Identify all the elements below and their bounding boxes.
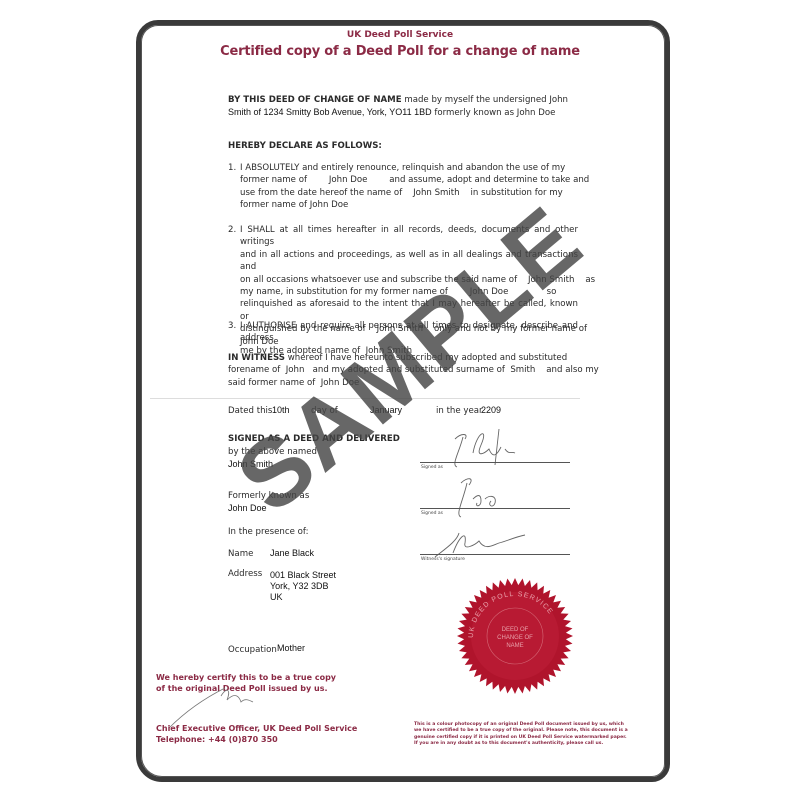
witness-paragraph: IN WITNESS whereof I have hereunto subsc… (228, 352, 578, 389)
address-line: 001 Black Street (270, 570, 336, 581)
former-name: John Doe (228, 503, 267, 513)
item-1-line: I ABSOLUTELY and entirely renounce, reli… (240, 162, 578, 174)
signature-label-1: Signed as (421, 465, 443, 470)
witness-name-label: Name (228, 548, 253, 560)
dated-day: 10th (272, 405, 290, 415)
disclaimer-line: If you are in any doubt as to this docum… (414, 741, 664, 747)
address-line: York, Y32 3DB (270, 581, 336, 592)
dated-month: January (370, 405, 402, 415)
intro-paragraph: BY THIS DEED OF CHANGE OF NAME made by m… (228, 94, 578, 120)
item-1-line: former name of John Doe (240, 199, 578, 211)
presence-label: In the presence of: (228, 526, 308, 538)
occupation: Mother (277, 643, 305, 653)
item-1-line: former name of John Doe and assume, adop… (240, 174, 578, 186)
item-1-line: use from the date hereof the name of Joh… (240, 187, 578, 199)
formerly-label: Formerly known as (228, 490, 309, 502)
declare-heading: HEREBY DECLARE AS FOLLOWS: (228, 140, 382, 152)
intro-address: Smith of 1234 Smitty Bob Avenue, York, Y… (228, 107, 432, 117)
officer-title: Chief Executive Officer, UK Deed Poll Se… (156, 723, 357, 734)
dated-year: 2209 (481, 405, 501, 415)
telephone: Telephone: +44 (0)870 350 (156, 734, 357, 745)
signature-line-3 (420, 554, 570, 555)
dated-label: Dated this (228, 405, 272, 417)
witness-line: whereof I have hereunto subscribed my ad… (288, 353, 567, 363)
witness-lead: IN WITNESS (228, 353, 285, 363)
signature-label-3: Witness's signature (421, 557, 465, 562)
address-label: Address (228, 568, 262, 580)
item-2-line: on all occasions whatsoever use and subs… (240, 274, 578, 286)
dated-year-label: in the year (436, 405, 483, 417)
ceo-block: Chief Executive Officer, UK Deed Poll Se… (156, 723, 357, 745)
deed-poll-seal: UK DEED POLL SERVICE DEED OF CHANGE OF N… (455, 578, 575, 694)
item-3-line: I AUTHORISE and require all persons at a… (240, 320, 578, 345)
signed-name: John Smith (228, 459, 273, 469)
signature-line-1 (420, 462, 570, 463)
intro-lead: BY THIS DEED OF CHANGE OF NAME (228, 95, 402, 105)
witness-line: said former name of John Doe (228, 377, 578, 389)
intro-text-3: formerly known as John Doe (434, 108, 555, 118)
witness-address: 001 Black Street York, Y32 3DB UK (270, 570, 336, 603)
deed-poll-page (136, 20, 670, 782)
witness-name: Jane Black (270, 548, 314, 558)
disclaimer-line: we have certified to be a true copy of t… (414, 728, 664, 734)
dated-day-of: day of (311, 405, 338, 417)
signature-line-2 (420, 508, 570, 509)
signatures-area (415, 425, 580, 575)
divider (150, 398, 580, 399)
service-name: UK Deed Poll Service (0, 30, 800, 40)
item-2-line: and in all actions and proceedings, as w… (240, 249, 578, 274)
disclaimer: This is a colour photocopy of an origina… (414, 722, 664, 748)
document-title: Certified copy of a Deed Poll for a chan… (0, 44, 800, 59)
item-2-line: my name, in substitution for my former n… (240, 286, 578, 298)
seal-inner-line: DEED OF (502, 627, 529, 633)
signature-label-2: Signed as (421, 511, 443, 516)
address-line: UK (270, 592, 336, 603)
item-1: I ABSOLUTELY and entirely renounce, reli… (240, 162, 578, 212)
signed-heading: SIGNED AS A DEED AND DELIVERED (228, 433, 400, 445)
seal-inner-line: CHANGE OF (497, 635, 533, 641)
signature-doe (459, 479, 495, 517)
witness-line: forename of John and my adopted and subs… (228, 364, 578, 376)
seal-inner-line: NAME (506, 643, 523, 649)
item-2-line: I SHALL at all times hereafter in all re… (240, 224, 578, 249)
intro-text-1: made by myself the undersigned John (404, 95, 568, 105)
occupation-label: Occupation (228, 644, 277, 656)
signed-by-label: by the above named (228, 446, 317, 458)
